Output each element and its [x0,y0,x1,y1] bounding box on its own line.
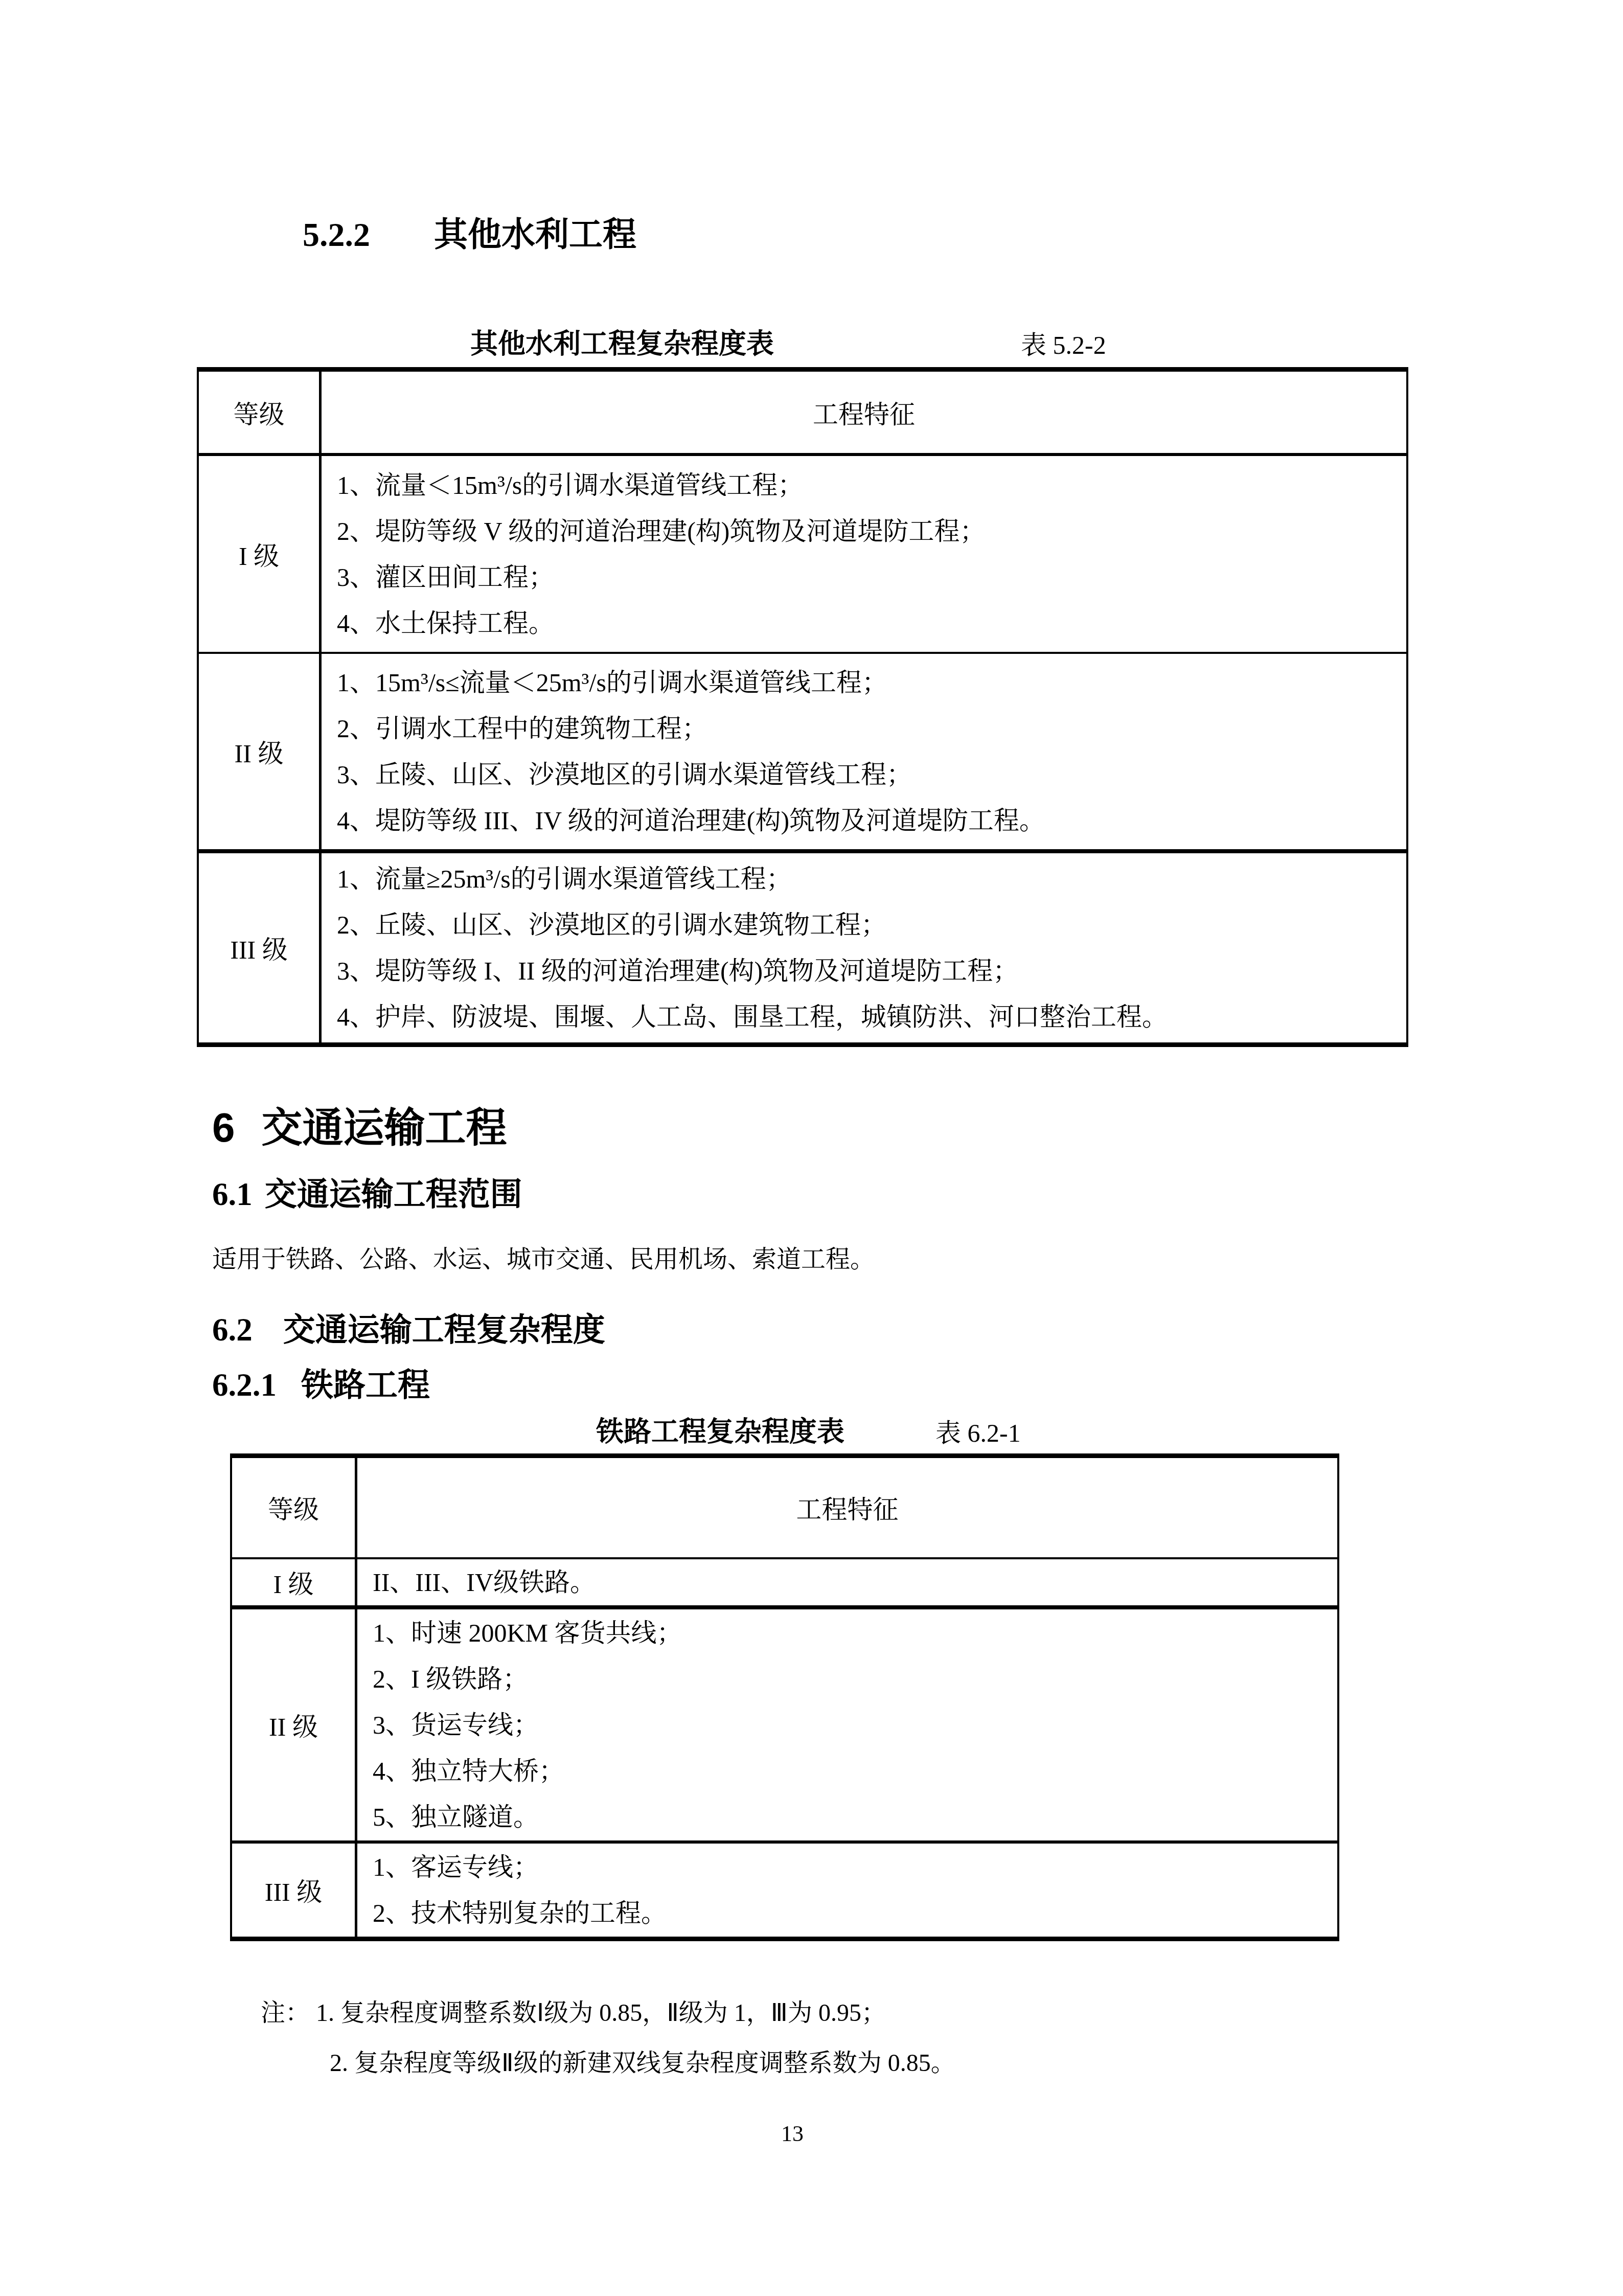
grade-cell: II 级 [199,654,322,849]
heading-number: 6.2 [212,1312,253,1348]
feature-item: 3、货运专线； [373,1702,1332,1748]
note-label: 注： [261,1999,310,2027]
heading-title: 铁路工程 [301,1367,430,1403]
header-feature-cell: 工程特征 [322,372,1406,453]
page-number: 13 [0,2121,1585,2147]
heading-title: 交通运输工程复杂程度 [283,1312,605,1348]
header-grade-cell: 等级 [199,372,322,453]
heading-number: 6 [212,1105,235,1150]
table-header-row: 等级 工程特征 [199,372,1406,456]
feature-item: II、III、IV级铁路。 [373,1559,1332,1605]
heading-title: 交通运输工程 [262,1105,507,1150]
table2-caption: 铁路工程复杂程度表 [596,1416,844,1448]
feature-item: 3、灌区田间工程； [337,554,1401,600]
feature-item: 3、堤防等级 I、II 级的河道治理建(构)筑物及河道堤防工程； [337,948,1401,994]
table-note-1: 注：1. 复杂程度调整系数Ⅰ级为 0.85，Ⅱ级为 1，Ⅲ为 0.95； [261,1995,886,2032]
table-note-2: 2. 复杂程度等级Ⅱ级的新建双线复杂程度调整系数为 0.85。 [330,2045,955,2082]
table-row: I 级 II、III、IV级铁路。 [232,1559,1337,1609]
feature-item: 5、独立隧道。 [373,1794,1332,1840]
header-grade-cell: 等级 [232,1458,357,1557]
table1-caption: 其他水利工程复杂程度表 [470,328,774,360]
feature-item: 2、堤防等级 V 级的河道治理建(构)筑物及河道堤防工程； [337,508,1401,554]
feature-item: 1、客运专线； [373,1844,1332,1890]
table-row: III 级 1、流量≥25m³/s的引调水渠道管线工程； 2、丘陵、山区、沙漠地… [199,853,1406,1042]
feature-cell: 1、客运专线； 2、技术特别复杂的工程。 [357,1844,1337,1937]
heading-number: 5.2.2 [303,216,370,254]
table-header-row: 等级 工程特征 [232,1458,1337,1559]
note-item: 1. 复杂程度调整系数Ⅰ级为 0.85，Ⅱ级为 1，Ⅲ为 0.95； [316,1999,886,2027]
feature-item: 2、丘陵、山区、沙漠地区的引调水建筑物工程； [337,902,1401,948]
grade-cell: III 级 [232,1844,357,1937]
feature-item: 4、独立特大桥； [373,1748,1332,1794]
header-feature-cell: 工程特征 [357,1458,1337,1557]
feature-cell: 1、流量＜15m³/s的引调水渠道管线工程； 2、堤防等级 V 级的河道治理建(… [322,456,1406,652]
table-row: II 级 1、时速 200KM 客货共线； 2、I 级铁路； 3、货运专线； 4… [232,1609,1337,1844]
heading-title: 其他水利工程 [434,216,636,254]
feature-item: 4、水土保持工程。 [337,600,1401,646]
grade-cell: II 级 [232,1609,357,1840]
grade-cell: I 级 [199,456,322,652]
feature-item: 1、流量≥25m³/s的引调水渠道管线工程； [337,856,1401,902]
feature-item: 2、I 级铁路； [373,1656,1332,1702]
heading-number: 6.2.1 [212,1367,277,1403]
grade-cell: I 级 [232,1559,357,1605]
feature-cell: 1、15m³/s≤流量＜25m³/s的引调水渠道管线工程； 2、引调水工程中的建… [322,654,1406,849]
grade-cell: III 级 [199,853,322,1042]
heading-title: 交通运输工程范围 [265,1176,522,1212]
table-row: I 级 1、流量＜15m³/s的引调水渠道管线工程； 2、堤防等级 V 级的河道… [199,456,1406,654]
feature-item: 4、护岸、防波堤、围堰、人工岛、围垦工程，城镇防洪、河口整治工程。 [337,994,1401,1040]
table-railway-projects: 等级 工程特征 I 级 II、III、IV级铁路。 II 级 1、时速 200K… [230,1453,1339,1941]
heading-number: 6.1 [212,1176,253,1212]
feature-cell: II、III、IV级铁路。 [357,1559,1337,1605]
feature-item: 3、丘陵、山区、沙漠地区的引调水渠道管线工程； [337,752,1401,798]
table-row: III 级 1、客运专线； 2、技术特别复杂的工程。 [232,1844,1337,1937]
feature-cell: 1、时速 200KM 客货共线； 2、I 级铁路； 3、货运专线； 4、独立特大… [357,1609,1337,1840]
feature-item: 2、引调水工程中的建筑物工程； [337,706,1401,752]
heading-6-1: 6.1交通运输工程范围 [212,1173,522,1215]
feature-item: 1、15m³/s≤流量＜25m³/s的引调水渠道管线工程； [337,660,1401,706]
feature-item: 4、堤防等级 III、IV 级的河道治理建(构)筑物及河道堤防工程。 [337,798,1401,844]
table1-ref: 表 5.2-2 [1021,330,1106,360]
feature-cell: 1、流量≥25m³/s的引调水渠道管线工程； 2、丘陵、山区、沙漠地区的引调水建… [322,853,1406,1042]
table2-ref: 表 6.2-1 [935,1418,1021,1448]
heading-6: 6交通运输工程 [212,1102,507,1153]
feature-item: 1、时速 200KM 客货共线； [373,1610,1332,1656]
heading-5-2-2: 5.2.2其他水利工程 [303,214,636,257]
paragraph-scope: 适用于铁路、公路、水运、城市交通、民用机场、索道工程。 [212,1243,875,1276]
table-row: II 级 1、15m³/s≤流量＜25m³/s的引调水渠道管线工程； 2、引调水… [199,654,1406,853]
feature-item: 2、技术特别复杂的工程。 [373,1890,1332,1936]
document-page: 5.2.2其他水利工程 其他水利工程复杂程度表 表 5.2-2 等级 工程特征 … [0,0,1623,2296]
table-other-water-projects: 等级 工程特征 I 级 1、流量＜15m³/s的引调水渠道管线工程； 2、堤防等… [197,367,1408,1047]
feature-item: 1、流量＜15m³/s的引调水渠道管线工程； [337,462,1401,508]
heading-6-2-1: 6.2.1铁路工程 [212,1364,430,1406]
heading-6-2: 6.2交通运输工程复杂程度 [212,1309,605,1351]
